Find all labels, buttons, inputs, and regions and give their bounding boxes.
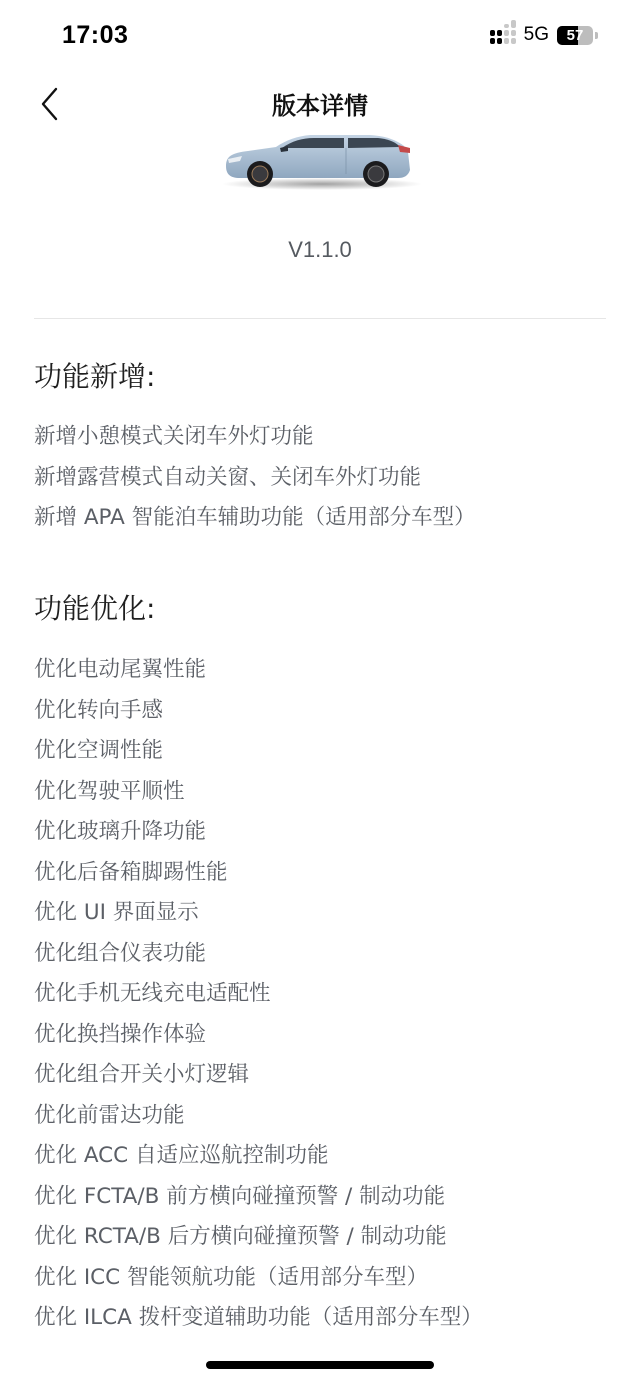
list-item: 优化组合开关小灯逻辑 — [34, 1055, 483, 1096]
list-item: 新增 APA 智能泊车辅助功能（适用部分车型） — [34, 498, 476, 539]
list-item: 优化空调性能 — [34, 731, 483, 772]
new-features-list: 新增小憩模式关闭车外灯功能 新增露营模式自动关窗、关闭车外灯功能 新增 APA … — [34, 417, 476, 539]
list-item: 优化 UI 界面显示 — [34, 893, 483, 934]
list-item: 优化后备箱脚踢性能 — [34, 853, 483, 894]
section-title-new-features: 功能新增: — [34, 355, 155, 395]
divider — [34, 318, 606, 319]
list-item: 优化 FCTA/B 前方横向碰撞预警 / 制动功能 — [34, 1177, 483, 1218]
battery-percent: 57 — [567, 27, 584, 44]
network-type: 5G — [524, 24, 549, 46]
status-indicators: 5G 57 — [490, 24, 598, 46]
cellular-signal-icon — [490, 26, 516, 44]
list-item: 新增小憩模式关闭车外灯功能 — [34, 417, 476, 458]
list-item: 优化前雷达功能 — [34, 1096, 483, 1137]
page-title: 版本详情 — [0, 86, 640, 121]
list-item: 新增露营模式自动关窗、关闭车外灯功能 — [34, 458, 476, 499]
battery-icon: 57 — [557, 26, 593, 45]
list-item: 优化手机无线充电适配性 — [34, 974, 483, 1015]
list-item: 优化驾驶平顺性 — [34, 772, 483, 813]
list-item: 优化玻璃升降功能 — [34, 812, 483, 853]
car-image — [210, 126, 430, 196]
version-number: V1.1.0 — [0, 237, 640, 263]
section-title-optimizations: 功能优化: — [34, 587, 155, 627]
list-item: 优化 ILCA 拨杆变道辅助功能（适用部分车型） — [34, 1298, 483, 1339]
list-item: 优化组合仪表功能 — [34, 934, 483, 975]
battery-tip — [595, 32, 598, 39]
list-item: 优化电动尾翼性能 — [34, 650, 483, 691]
list-item: 优化 ICC 智能领航功能（适用部分车型） — [34, 1258, 483, 1299]
list-item: 优化换挡操作体验 — [34, 1015, 483, 1056]
home-indicator[interactable] — [206, 1361, 434, 1369]
status-time: 17:03 — [62, 21, 128, 50]
nav-header: 版本详情 — [0, 78, 640, 128]
status-bar: 17:03 5G 57 — [0, 0, 640, 72]
list-item: 优化 ACC 自适应巡航控制功能 — [34, 1136, 483, 1177]
list-item: 优化转向手感 — [34, 691, 483, 732]
optimizations-list: 优化电动尾翼性能 优化转向手感 优化空调性能 优化驾驶平顺性 优化玻璃升降功能 … — [34, 650, 483, 1339]
list-item: 优化 RCTA/B 后方横向碰撞预警 / 制动功能 — [34, 1217, 483, 1258]
